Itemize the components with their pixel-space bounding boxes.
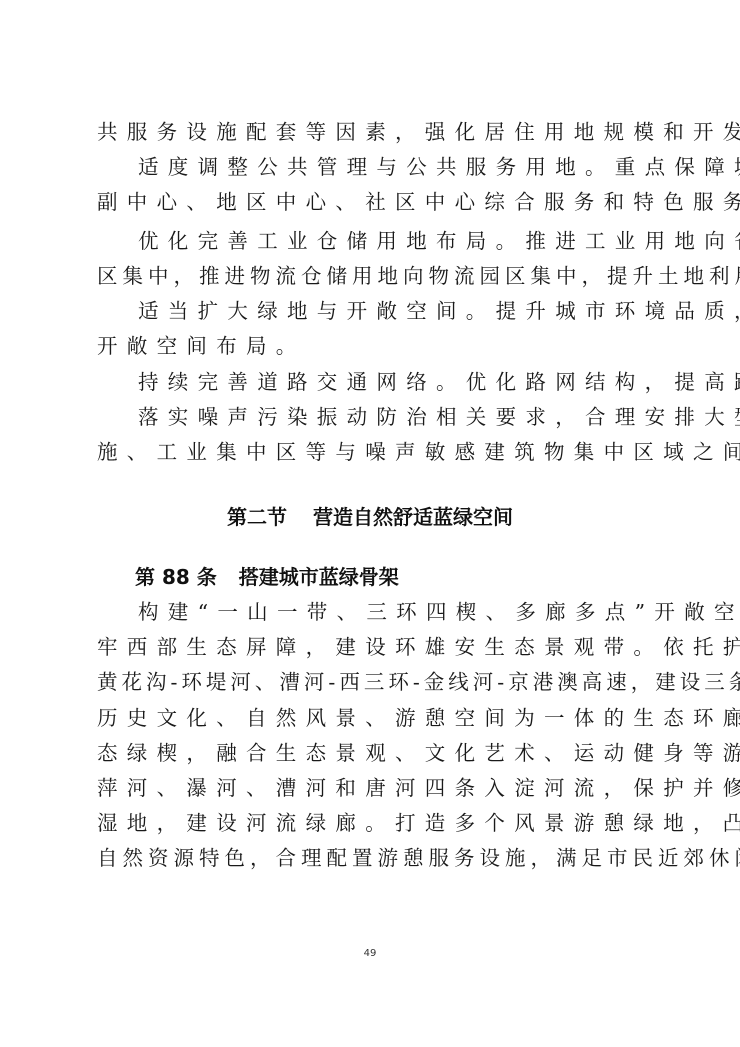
article-title: 搭建城市蓝绿骨架 [239,565,399,589]
paragraph-line: 副中心、地区中心、社区中心综合服务和特色服务功能。 [97,187,647,217]
paragraph-line: 优化完善工业仓储用地布局。推进工业用地向省级以上开发 [138,226,647,256]
section-number: 第二节 [227,505,287,529]
paragraph-line: 共服务设施配套等因素，强化居住用地规模和开发强度管控。 [97,117,647,147]
paragraph-line: 施、工业集中区等与噪声敏感建筑物集中区域之间的布局。 [97,437,647,467]
article-number: 第 88 条 [135,565,217,589]
paragraph-line: 适度调整公共管理与公共服务用地。重点保障城市主中心、 [138,152,647,182]
paragraph-line: 适当扩大绿地与开敞空间。提升城市环境品质，优化绿地和 [138,296,647,326]
section-title: 营造自然舒适蓝绿空间 [313,505,513,529]
article-heading: 第 88 条搭建城市蓝绿骨架 [135,562,399,592]
paragraph-line: 区集中，推进物流仓储用地向物流园区集中，提升土地利用效率。 [97,261,647,291]
paragraph-line: 持续完善道路交通网络。优化路网结构，提高路网密度。 [138,367,647,397]
paragraph-line: 开敞空间布局。 [97,331,647,361]
document-page: 共服务设施配套等因素，强化居住用地规模和开发强度管控。 适度调整公共管理与公共服… [0,0,740,1047]
article-line: 自然资源特色，合理配置游憩服务设施，满足市民近郊休闲需求。 [97,843,647,873]
section-heading: 第二节营造自然舒适蓝绿空间 [0,502,740,532]
article-line: 湿地，建设河流绿廊。打造多个风景游憩绿地，凸显丰富的生态 [97,808,647,838]
article-line: 黄花沟-环堤河、漕河-西三环-金线河-京港澳高速，建设三条集 [97,667,647,697]
article-line: 历史文化、自然风景、游憩空间为一体的生态环廊。预控四片生 [97,703,647,733]
article-line: 构建“一山一带、三环四楔、多廊多点”开敞空间结构。筑 [138,597,647,627]
page-number: 49 [0,948,740,959]
article-line: 牢西部生态屏障，建设环雄安生态景观带。依托护城河-府河、 [97,632,647,662]
article-line: 态绿楔，融合生态景观、文化艺术、运动健身等游憩功能。依托 [97,738,647,768]
article-line: 萍河、瀑河、漕河和唐河四条入淀河流，保护并修复沿河林地、 [97,773,647,803]
paragraph-line: 落实噪声污染振动防治相关要求，合理安排大型交通基础设 [138,402,647,432]
